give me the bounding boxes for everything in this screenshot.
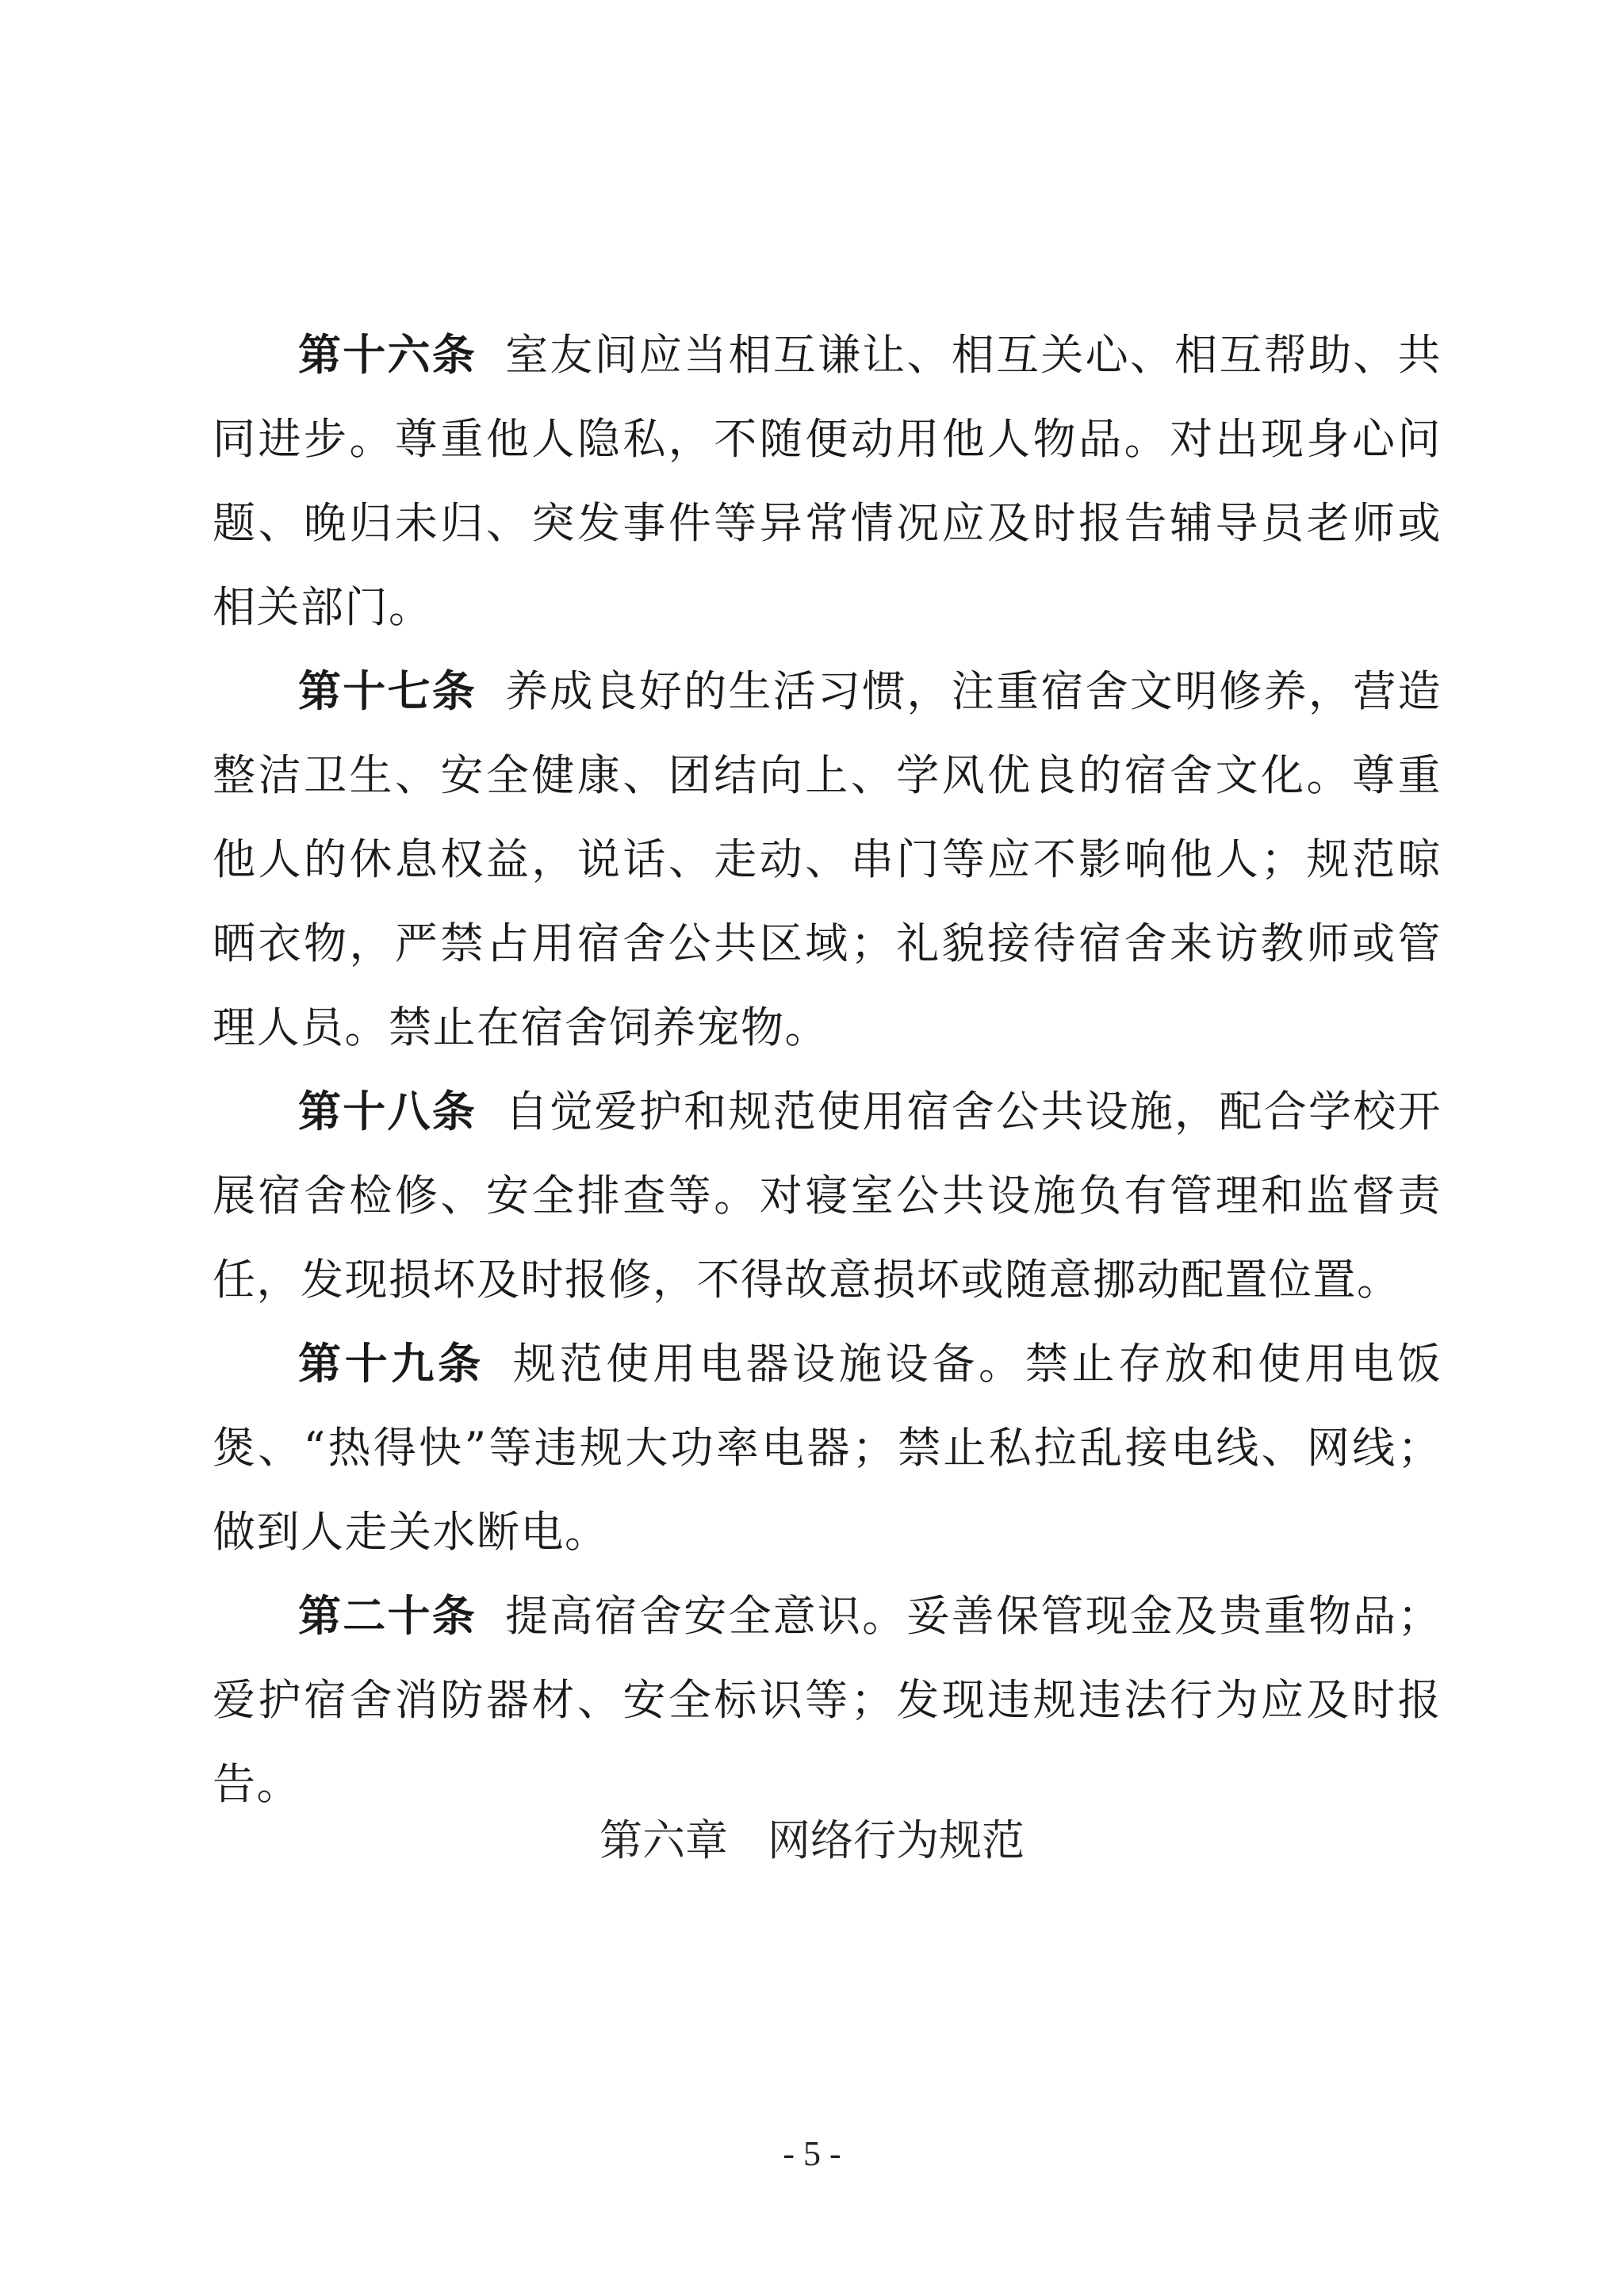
document-body: 第十六条室友间应当相互谦让、相互关心、相互帮助、共同进步。尊重他人隐私，不随便动… [213, 313, 1442, 1826]
page-number: - 5 - [0, 2133, 1624, 2174]
article-19: 第十九条规范使用电器设施设备。禁止存放和使用电饭煲、“热得快”等违规大功率电器；… [213, 1322, 1442, 1574]
chapter-title: 网络行为规范 [768, 1815, 1025, 1865]
article-20: 第二十条提高宿舍安全意识。妥善保管现金及贵重物品；爱护宿舍消防器材、安全标识等；… [213, 1574, 1442, 1826]
chapter-number: 第六章 [599, 1815, 728, 1865]
article-label: 第十八条 [298, 1087, 477, 1137]
article-label: 第十九条 [298, 1339, 485, 1389]
article-label: 第二十条 [298, 1591, 477, 1641]
chapter-heading: 第六章网络行为规范 [0, 1807, 1624, 1868]
article-label: 第十七条 [298, 666, 477, 716]
article-label: 第十六条 [298, 330, 477, 380]
article-18: 第十八条自觉爱护和规范使用宿舍公共设施，配合学校开展宿舍检修、安全排查等。对寝室… [213, 1070, 1442, 1322]
article-text: 养成良好的生活习惯，注重宿舍文明修养，营造整洁卫生、安全健康、团结向上、学风优良… [213, 666, 1442, 1052]
article-16: 第十六条室友间应当相互谦让、相互关心、相互帮助、共同进步。尊重他人隐私，不随便动… [213, 313, 1442, 650]
article-17: 第十七条养成良好的生活习惯，注重宿舍文明修养，营造整洁卫生、安全健康、团结向上、… [213, 650, 1442, 1070]
